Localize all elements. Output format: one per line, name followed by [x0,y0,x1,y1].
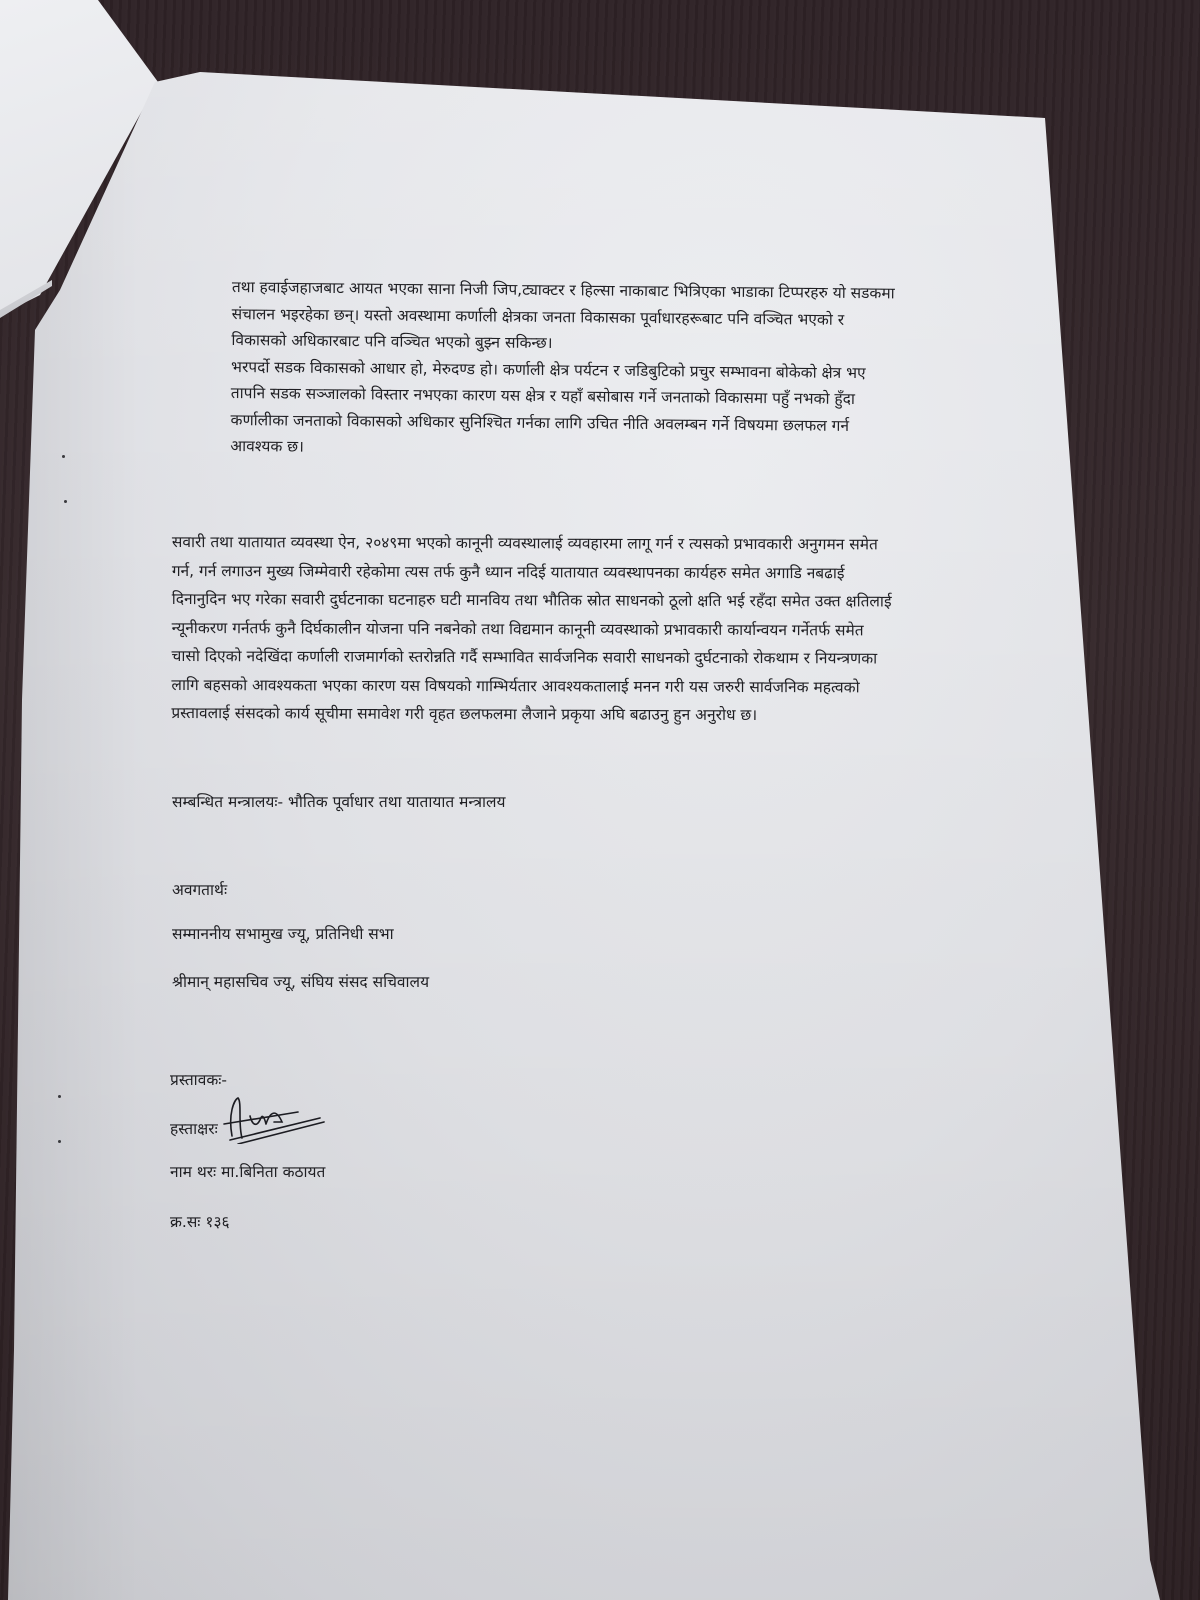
paragraph-line: सवारी तथा यातायात व्यवस्था ऐन, २०४९मा भए… [172,528,892,559]
margin-dot [58,1140,61,1143]
handwritten-signature [220,1094,330,1144]
signature-row: हस्ताक्षरः [170,1112,330,1144]
proposer-name: नाम थरः मा.बिनिता कठायत [170,1160,325,1182]
paragraph-line: प्रस्तावलाई संसदको कार्य सूचीमा समावेश ग… [171,699,891,730]
serial-value: १३६ [205,1213,229,1231]
proposer-label: प्रस्तावकः- [170,1068,227,1090]
signature-label: हस्ताक्षरः [170,1117,218,1139]
margin-dot [64,500,67,503]
paragraph-line: न्यूनीकरण गर्नतर्फ कुनै दिर्घकालीन योजना… [172,613,892,644]
serial-label: क्र.सः [170,1213,200,1231]
name-value: मा.बिनिता कठायत [221,1163,325,1181]
serial-number: क्र.सः १३६ [170,1210,230,1232]
name-label: नाम थरः [170,1163,216,1181]
paragraph-line: चासो दिएको नदेखिंदा कर्णाली राजमार्गको स… [172,642,892,673]
paragraph-main: सवारी तथा यातायात व्यवस्था ऐन, २०४९मा भए… [171,528,892,730]
paragraph-line: गर्न, गर्न लगाउन मुख्य जिम्मेवारी रहेकोम… [172,556,892,587]
related-ministry-label: सम्बन्धित मन्त्रालयः- [172,793,283,811]
related-ministry-value: भौतिक पूर्वाधार तथा यातायात मन्त्रालय [288,793,506,811]
margin-dot [58,1095,61,1098]
related-ministry: सम्बन्धित मन्त्रालयः- भौतिक पूर्वाधार तथ… [172,790,506,812]
margin-dot [62,455,65,458]
for-information-label: अवगतार्थः [172,878,227,900]
recipient-secretary-general: श्रीमान् महासचिव ज्यू, संघिय संसद सचिवाल… [172,970,429,992]
paragraph-line: लागि बहसको आवश्यकता भएका कारण यस विषयको … [171,670,891,701]
recipient-speaker: सम्माननीय सभामुख ज्यू, प्रतिनिधी सभा [172,922,394,944]
paragraph-line: दिनानुदिन भए गरेका सवारी दुर्घटनाका घटना… [172,585,892,616]
paragraph-continued: तथा हवाईजहाजबाट आयत भएका साना निजी जिप,ट… [230,274,895,466]
